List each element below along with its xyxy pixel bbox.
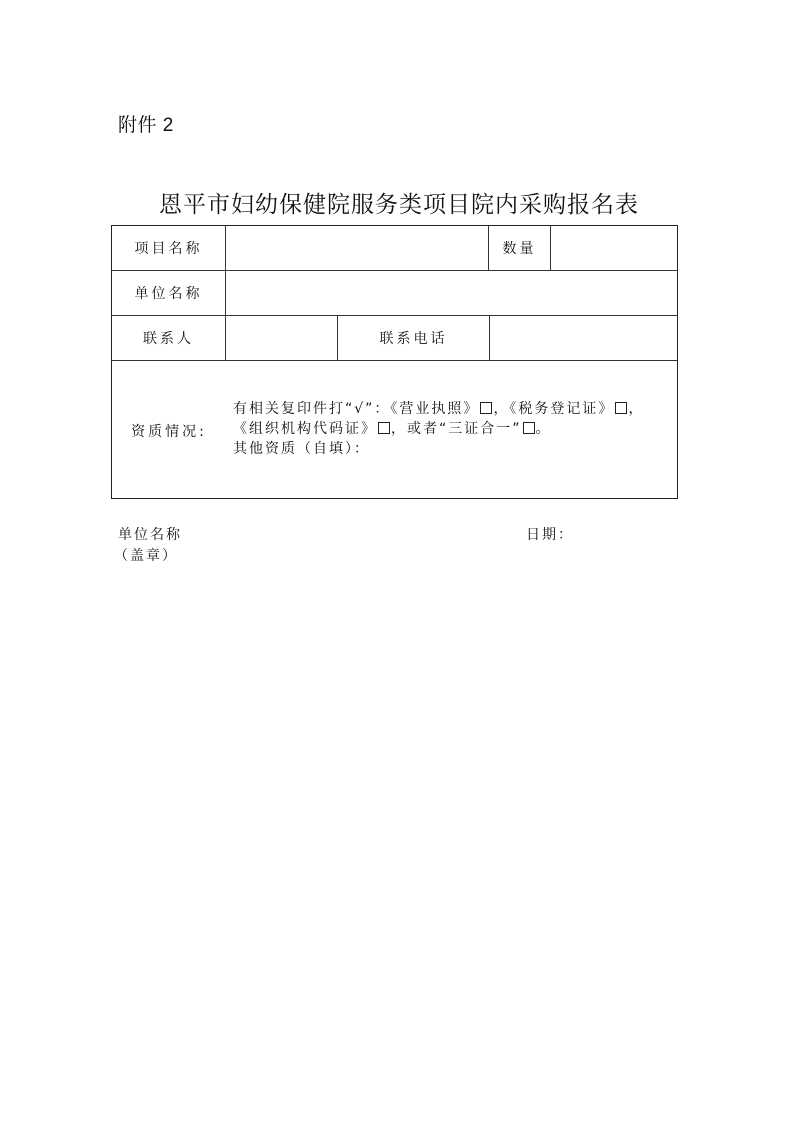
qualification-line-1-mid: ，《税务登记证》 bbox=[493, 401, 614, 417]
qualification-text: 有相关复印件打“√”：《营业执照》，《税务登记证》， 《组织机构代码证》，或者“… bbox=[233, 399, 644, 459]
contact-person-label: 联系人 bbox=[112, 316, 225, 360]
footer-date-label: 日期： bbox=[526, 524, 574, 544]
contact-person-field[interactable] bbox=[226, 316, 337, 360]
company-name-label: 单位名称 bbox=[112, 271, 225, 315]
quantity-label: 数量 bbox=[489, 226, 550, 270]
footer-company-name-label: 单位名称 bbox=[118, 524, 182, 544]
qualification-line-2-text: 《组织机构代码证》 bbox=[233, 421, 377, 437]
checkbox-tax-registration[interactable] bbox=[615, 402, 627, 414]
qualification-line-3: 其他资质（自填）： bbox=[233, 439, 644, 459]
footer-seal-label: （盖章） bbox=[114, 545, 178, 565]
contact-phone-label: 联系电话 bbox=[338, 316, 489, 360]
qualification-line-1-end: ， bbox=[628, 401, 644, 417]
checkbox-organization-code[interactable] bbox=[378, 422, 390, 434]
qualification-row: 资质情况: 有相关复印件打“√”：《营业执照》，《税务登记证》， 《组织机构代码… bbox=[112, 361, 677, 498]
contact-phone-field[interactable] bbox=[490, 316, 677, 360]
checkbox-three-in-one[interactable] bbox=[523, 422, 535, 434]
qualification-label: 资质情况: bbox=[112, 421, 226, 441]
project-name-field[interactable] bbox=[226, 226, 488, 270]
qualification-line-2: 《组织机构代码证》，或者“三证合一”。 bbox=[233, 419, 644, 439]
document-title: 恩平市妇幼保健院服务类项目院内采购报名表 bbox=[0, 186, 790, 219]
registration-form-table: 项目名称 数量 单位名称 联系人 联系电话 资质情况: 有相关复印件打“√”：《… bbox=[111, 225, 678, 499]
company-name-field[interactable] bbox=[226, 271, 677, 315]
qualification-line-1: 有相关复印件打“√”：《营业执照》，《税务登记证》， bbox=[233, 399, 644, 419]
qualification-line-1-text: 有相关复印件打“√”：《营业执照》 bbox=[233, 401, 479, 417]
qualification-line-2-mid: ，或者“三证合一” bbox=[391, 421, 522, 437]
project-name-label: 项目名称 bbox=[112, 226, 225, 270]
attachment-label: 附件 2 bbox=[118, 110, 174, 137]
qualification-line-2-end: 。 bbox=[536, 421, 552, 437]
quantity-field[interactable] bbox=[551, 226, 677, 270]
checkbox-business-license[interactable] bbox=[480, 402, 492, 414]
